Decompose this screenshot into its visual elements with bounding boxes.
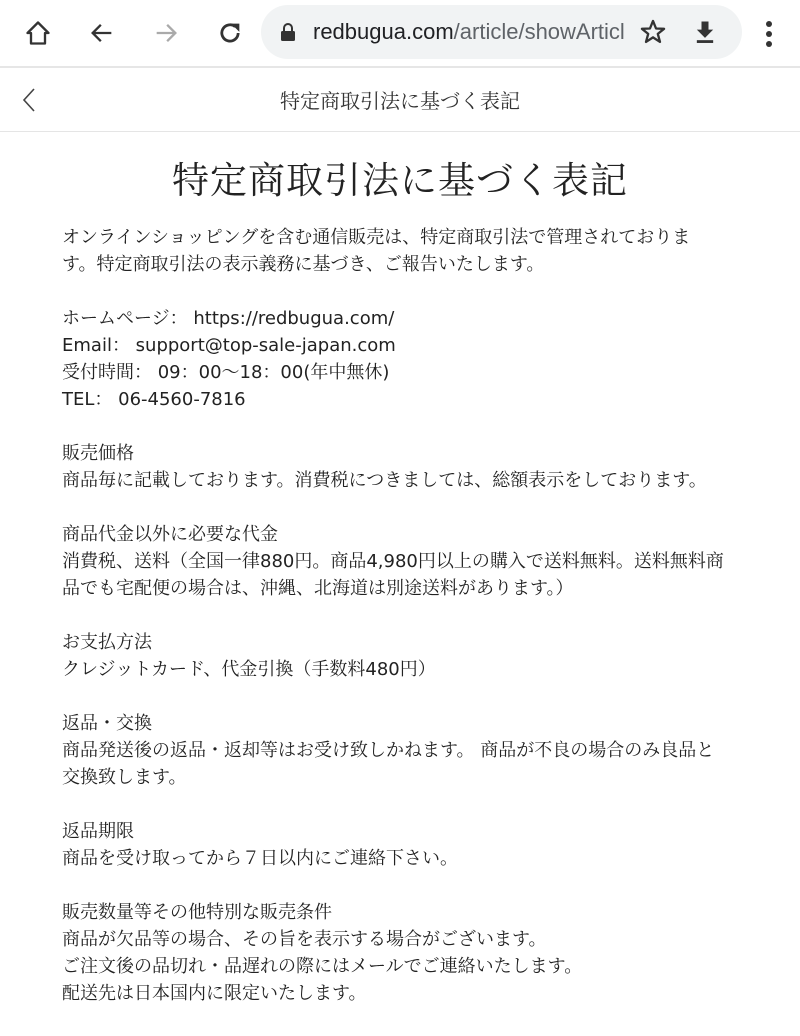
email-line: Email： support@top-sale-japan.com [62,332,738,359]
hours-line: 受付時間： 09：00～18：00(年中無休) [62,359,738,386]
body-line: オンラインショッピングを含む通信販売は、特定商取引法で管理されておりま [62,224,738,251]
lock-icon [281,23,295,41]
blank-line [62,602,738,629]
blank-line [62,278,738,305]
body-line: 商品毎に記載しております。消費税につきましては、総額表示をしております。 [62,467,738,494]
back-button[interactable] [82,13,122,53]
section-heading-price: 販売価格 [62,440,738,467]
article-title: 特定商取引法に基づく表記 [62,150,738,204]
body-line: 消費税、送料（全国一律880円。商品4,980円以上の購入で送料無料。送料無料商 [62,548,738,575]
blank-line [62,791,738,818]
section-heading-other-fees: 商品代金以外に必要な代金 [62,521,738,548]
browser-toolbar: redbugua.com/article/showArticl [0,0,800,68]
body-line: クレジットカード、代金引換（手数料480円） [62,656,738,683]
body-line: 交換致します。 [62,764,738,791]
body-line: ご注文後の品切れ・品遅れの際にはメールでご連絡いたします。 [62,953,738,980]
back-arrow-icon [88,19,116,47]
home-button[interactable] [18,13,58,53]
blank-line [62,494,738,521]
article-content: 特定商取引法に基づく表記 オンラインショッピングを含む通信販売は、特定商取引法で… [0,150,800,1007]
section-heading-returns: 返品・交換 [62,710,738,737]
chevron-left-icon [21,86,37,114]
more-menu-button[interactable] [756,14,782,54]
page-header: 特定商取引法に基づく表記 [0,68,800,132]
reload-icon [216,19,244,47]
forward-button[interactable] [146,13,186,53]
reload-button[interactable] [210,13,250,53]
page-back-button[interactable] [14,82,44,118]
section-heading-payment: お支払方法 [62,629,738,656]
body-line: 商品発送後の返品・返却等はお受け致しかねます。 商品が不良の場合のみ良品と [62,737,738,764]
article-body: オンラインショッピングを含む通信販売は、特定商取引法で管理されておりま す。特定… [62,224,738,1007]
body-line: す。特定商取引法の表示義務に基づき、ご報告いたします。 [62,251,738,278]
section-heading-return-period: 返品期限 [62,818,738,845]
header-title: 特定商取引法に基づく表記 [280,85,520,114]
url-text[interactable]: redbugua.com/article/showArticl [313,19,625,45]
more-vert-icon [765,20,773,48]
forward-arrow-icon [152,19,180,47]
download-icon [691,18,719,46]
blank-line [62,872,738,899]
body-line: 配送先は日本国内に限定いたします。 [62,980,738,1007]
body-line: 商品が欠品等の場合、その旨を表示する場合がございます。 [62,926,738,953]
download-button[interactable] [689,16,721,48]
homepage-line: ホームページ： https://redbugua.com/ [62,305,738,332]
tel-line: TEL： 06-4560-7816 [62,386,738,413]
blank-line [62,413,738,440]
body-line: 品でも宅配便の場合は、沖縄、北海道は別途送料があります。） [62,575,738,602]
bookmark-star-button[interactable] [637,16,669,48]
blank-line [62,683,738,710]
home-icon [24,19,52,47]
body-line: 商品を受け取ってから７日以内にご連絡下さい。 [62,845,738,872]
address-bar[interactable]: redbugua.com/article/showArticl [261,5,742,59]
section-heading-conditions: 販売数量等その他特別な販売条件 [62,899,738,926]
star-icon [639,18,667,46]
